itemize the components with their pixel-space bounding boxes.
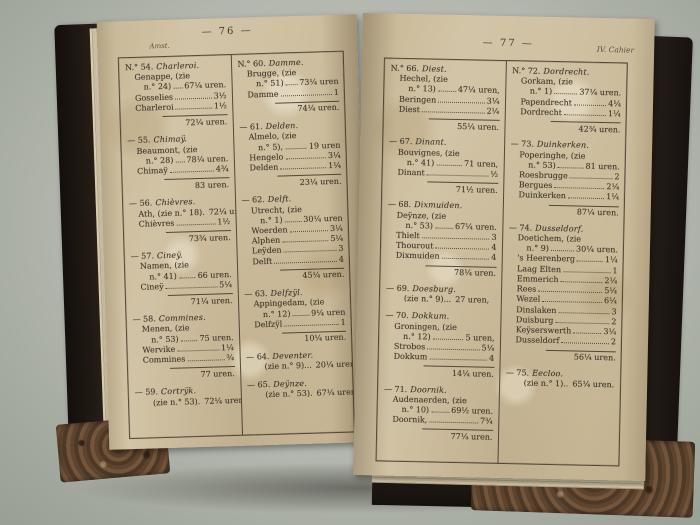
route-number: — 63. (244, 289, 268, 300)
route-row-value: 1 (340, 317, 345, 327)
route-row-value: 5 uren, (465, 333, 494, 344)
route-entry: N.° 72.Dordrecht.Gorkam, (zien.° 1)37¼ u… (511, 66, 622, 135)
route-row-label: n.° 12) (403, 332, 431, 343)
route-entry: — 64.Deventer.(zie n.° 9)...20¼ uren. (246, 350, 347, 373)
route-row: (zie n.° 9)...27 uren, (386, 294, 496, 307)
route-row-label: Diest (399, 105, 420, 116)
route-row-value: 5¼ (219, 280, 232, 291)
route-row-value: 4 (489, 354, 494, 364)
dotted-leader (570, 172, 613, 179)
route-row-label: n.° 41) (149, 271, 177, 282)
route-row-value: 2¼ (486, 107, 499, 118)
route-row-value: 71 uren, (464, 159, 498, 170)
route-total: 56¼ uren. (546, 349, 616, 363)
route-row-label: Doornik, (392, 415, 427, 426)
dotted-leader (282, 235, 328, 242)
route-destination: Doornik. (410, 385, 447, 396)
dotted-leader (427, 343, 479, 350)
route-row-label: Delft (252, 257, 272, 268)
route-number: — 71. (384, 384, 407, 395)
route-row-value: 7¾ (480, 417, 493, 428)
route-row-label: Bergues (519, 181, 553, 192)
signature-mark: Amst. (149, 42, 170, 51)
route-row-value: 5¼ (481, 344, 494, 355)
route-entry: — 58.Commines.Menen, (zien.° 53)75 uren.… (132, 312, 234, 381)
dotted-leader (558, 307, 609, 314)
table-frame-right: N.° 66.Diest.Hechel, (zien.° 13)47¼ uren… (375, 57, 627, 466)
route-row-value: 4¼ (608, 99, 621, 110)
route-row: Duinkerken1¼ (509, 191, 619, 204)
dotted-leader (438, 96, 485, 103)
route-row-value: 72¼ uren. (204, 395, 241, 406)
route-row-value: 27 uren, (455, 295, 489, 306)
dotted-leader (538, 286, 602, 293)
dotted-leader (442, 253, 490, 260)
route-number: — 68. (388, 200, 411, 211)
route-row-value: 67¼ uren. (455, 222, 497, 233)
route-row-value: 4 (491, 243, 496, 253)
dotted-leader (286, 80, 298, 86)
route-row-value: 1¼ (221, 343, 234, 354)
table-frame-left: N.° 54.Charleroi.Genappe, (zien.° 24)67¼… (118, 51, 355, 440)
route-total: 55¼ uren. (429, 119, 499, 133)
dotted-leader (285, 142, 307, 149)
route-row-value: ¾ (226, 353, 234, 363)
route-destination: Diest. (422, 64, 447, 75)
route-number: — 55. (127, 136, 151, 147)
photo-backdrop: Amst. — 76 — N.° 54.Charleroi.Genappe, (… (0, 0, 700, 525)
route-destination: Delft. (268, 195, 292, 206)
dotted-leader (176, 218, 215, 225)
route-total: 42¾ uren. (550, 121, 620, 135)
route-entry: — 75.Eecloo.(zie n.° 1)..65¼ uren. (506, 368, 616, 391)
dotted-leader (187, 354, 224, 361)
route-row-label: n.° 9) (526, 244, 549, 255)
route-row-value: ½ (490, 170, 498, 180)
route-total: 83 uren. (165, 177, 230, 191)
route-entry: — 74.Dusseldorf.Doetichem, (zien.° 9)30¼… (506, 223, 618, 363)
route-row-label: Hengelo (249, 152, 283, 163)
dotted-leader (284, 319, 339, 327)
route-row-label: Commines (143, 355, 186, 366)
route-destination: Eecloo. (532, 368, 563, 379)
route-row-label: Duinkerken (518, 191, 566, 202)
route-row-value: 81 uren. (585, 161, 619, 172)
book-page-right: — 77 — IV. Cahier N.° 66.Diest.Hechel, (… (353, 13, 655, 481)
dotted-leader (574, 99, 606, 106)
route-row-value: 47¼ uren, (458, 85, 500, 96)
route-row-value: 3¼ (330, 224, 343, 235)
route-total: 23¼ uren. (277, 174, 342, 188)
route-destination: Dinant. (415, 137, 446, 148)
route-row-label: (zie n.° 1).. (524, 378, 569, 389)
route-entry: — 71.Doornik.Audenaerden, (zien.° 10)69½… (383, 384, 494, 442)
route-row-label: Almelo, (zie (249, 131, 297, 143)
route-entry: — 69.Doesburg.(zie n.° 9)...27 uren, (386, 283, 496, 306)
route-row-label: Rees (517, 284, 537, 295)
route-number: — 59. (135, 388, 159, 399)
route-entry: — 57.Cineÿ.Namen, (zien.° 41)66 uren.Cin… (131, 249, 233, 308)
dotted-leader (555, 317, 609, 324)
dotted-leader (561, 338, 609, 345)
dotted-leader (170, 166, 214, 173)
route-row-value: 1 (612, 266, 617, 276)
route-row: Diest2¼ (390, 105, 500, 118)
route-column-left-2: N.° 60.Damme.Brugge, (zien.° 51)73¼ uren… (230, 52, 354, 435)
page-number-left: — 76 — (97, 22, 357, 41)
dotted-leader (422, 106, 485, 113)
route-total: 45¼ uren. (280, 268, 345, 282)
route-row: Dusseldorf2 (506, 335, 616, 348)
route-number: — 75. (506, 368, 529, 379)
route-row-value: 2¼ (606, 182, 619, 193)
route-row-label: n.° 41) (407, 158, 435, 169)
route-entry: — 65.Deÿnze.(zie n.° 53).67¼ uren. (247, 377, 348, 400)
route-entry: — 70.Dokkum.Groningen, (zien.° 12)5 uren… (384, 311, 495, 380)
route-row-label: Dixmuiden (396, 251, 440, 262)
dotted-leader (175, 92, 212, 99)
route-row-label: n.° 28) (146, 155, 174, 166)
route-row-label: n.° 53) (405, 221, 433, 232)
route-row-value: 20¼ uren. (316, 360, 354, 371)
route-row-label: Dordrecht (520, 107, 562, 118)
route-number: — 57. (131, 251, 155, 262)
dotted-leader (554, 182, 604, 189)
route-row-value: 1½ (214, 101, 227, 112)
dotted-leader (422, 232, 490, 239)
route-row-label: (zie n.° 53). (265, 388, 313, 400)
route-number: — 69. (386, 283, 409, 294)
route-row-label: Deÿnze, (zie (397, 210, 447, 221)
route-row-label: n.° 10) (401, 405, 429, 416)
route-row-label: n.° 12) (263, 309, 291, 320)
route-column-right-2: N.° 72.Dordrecht.Gorkam, (zien.° 1)37¼ u… (497, 61, 627, 465)
route-row: Cineÿ5¼ (131, 280, 232, 293)
route-row-value: 3 (491, 233, 496, 243)
route-row: Dixmuiden4 (387, 251, 497, 264)
dotted-leader (542, 296, 602, 303)
route-row-label: Charleroi (135, 103, 174, 114)
dotted-leader (285, 216, 302, 222)
route-row-label: (zie n.° 53). (153, 397, 201, 409)
route-number: — 62. (241, 195, 265, 206)
route-row-label: Dusseldorf (515, 336, 559, 347)
route-row-label: Damme (247, 89, 278, 100)
route-row-value: 67¼ uren. (316, 387, 354, 398)
route-row-label: Delfzÿl (254, 319, 282, 330)
route-row-value: 1¼ (328, 161, 341, 172)
dotted-leader (181, 335, 198, 341)
route-row-label: n.° 53) (528, 160, 556, 171)
route-row-label: Woerden (251, 225, 287, 236)
route-row-label: (zie n.° 9)... (404, 294, 451, 305)
route-row: Chièvres1½ (130, 217, 231, 230)
route-entry: — 62.Delft.Utrecht, (zien.° 1)30¼ urenWo… (241, 193, 344, 283)
route-entry: — 73.Duinkerken.Poperinghe, (zien.° 53)8… (509, 139, 620, 218)
route-number: — 70. (385, 311, 408, 322)
route-row-value: 1¼ (605, 256, 618, 267)
route-entry: — 55.Chimaÿ.Beaumont, (zien.° 28)78¼ ure… (127, 133, 229, 192)
dotted-leader (564, 109, 606, 116)
route-row: Chimaÿ4¾ (128, 164, 229, 177)
dotted-leader (551, 245, 574, 251)
route-row-value: 69½ uren. (451, 406, 493, 417)
route-row-value: 2 (614, 172, 619, 182)
route-row-value: 5¼ (330, 234, 343, 245)
route-row-label: Cineÿ (140, 282, 163, 293)
route-number: — 56. (129, 199, 153, 210)
dotted-leader (177, 344, 219, 351)
route-entry: — 56.Chièvres.Ath, (zie n.° 18).72¼ uren… (129, 196, 231, 245)
route-row-label: Delden (249, 163, 278, 174)
route-row-value: 3 (338, 244, 343, 254)
route-row-value: 2 (611, 338, 616, 348)
route-row-label: Chimaÿ (137, 166, 168, 177)
dotted-leader (175, 156, 184, 162)
route-row-value: 2 (611, 317, 616, 327)
dotted-leader (438, 86, 456, 92)
route-total: 71¼ uren. (168, 293, 233, 307)
route-number: — 73. (511, 139, 534, 150)
dotted-leader (429, 354, 487, 361)
dotted-leader (176, 103, 212, 110)
route-row-value: 3 (611, 307, 616, 317)
route-row: Commines¾ (134, 353, 235, 366)
route-entry: N.° 54.Charleroi.Genappe, (zien.° 24)67¼… (125, 60, 227, 129)
route-row-value: 6¼ (604, 297, 617, 308)
dotted-leader (280, 162, 326, 169)
dotted-leader (289, 225, 328, 232)
route-total: 77¼ uren. (422, 429, 492, 443)
route-number: — 58. (132, 314, 156, 325)
route-row-label: Namen, (zie (140, 261, 189, 273)
route-row-value: 5¼ (604, 286, 617, 297)
route-entry: — 68.Dixmuiden.Deÿnze, (zien.° 53)67¼ ur… (386, 200, 497, 279)
route-row: Charleroi1½ (126, 101, 227, 114)
route-row: Delft4 (243, 254, 344, 267)
route-total: 10¼ uren. (282, 331, 347, 345)
dotted-leader (436, 159, 462, 165)
route-destination: Commines. (159, 313, 206, 325)
route-row-value: 30¼ uren. (576, 245, 618, 256)
route-entry: — 63.Delfzÿl.Appingedam, (zien.° 12)9¼ u… (244, 287, 346, 346)
route-row: (zie n.° 1)..65¼ uren. (506, 378, 616, 391)
dotted-leader (433, 333, 464, 340)
route-row-label: Strobos (394, 342, 426, 353)
dotted-leader (563, 266, 611, 273)
dotted-leader (431, 407, 449, 413)
route-row: Dordrecht1¼ (511, 107, 621, 120)
route-destination: Damme. (269, 58, 304, 69)
route-row-value: 3¼ (487, 96, 500, 107)
route-total: 71½ uren. (428, 182, 498, 196)
route-total: 14¼ uren. (424, 366, 494, 380)
route-row: Dokkum4 (385, 352, 495, 365)
dotted-leader (166, 281, 218, 288)
route-column-right-1: N.° 66.Diest.Hechel, (zien.° 13)47¼ uren… (377, 58, 506, 462)
cahier-mark: IV. Cahier (597, 45, 634, 55)
route-total: 77 uren. (170, 366, 235, 380)
route-row-value: 1¼ (608, 109, 621, 120)
route-row-label: Wezel (516, 295, 540, 306)
dotted-leader (292, 309, 309, 315)
route-row-label: Chièvres (139, 219, 175, 230)
route-row-label: Dokkum (394, 352, 428, 363)
route-row-label: n.° 13) (408, 84, 436, 95)
route-total: 78¼ uren. (426, 265, 496, 279)
route-number: N.° 66. (391, 64, 420, 75)
book-page-left: Amst. — 76 — N.° 54.Charleroi.Genappe, (… (97, 14, 370, 450)
route-row-value: 65¼ uren. (572, 379, 614, 390)
route-row-value: 1 (334, 88, 339, 98)
dotted-leader (554, 89, 577, 95)
dotted-leader (435, 243, 489, 250)
route-total: 74¼ uren. (275, 101, 340, 115)
route-row-value: 37¼ uren. (579, 88, 621, 99)
route-destination: Charleroi. (156, 61, 199, 73)
route-number: N.° 72. (512, 66, 541, 77)
route-row: Delden1¼ (240, 161, 341, 174)
route-row-label: (zie n.° 9)... (264, 361, 312, 373)
dotted-leader (427, 169, 489, 176)
dotted-leader (284, 245, 337, 253)
route-row-value: 3¼ (603, 327, 616, 338)
route-entry: — 61.Delden.Almelo, (zien.° 5),19 urenHe… (239, 120, 341, 189)
route-row-label: Hechel, (zie (399, 74, 448, 85)
route-entry: — 67.Dinant.Bouvignes, (zien.° 41)71 ure… (388, 137, 499, 195)
route-row-value: 3½ (213, 91, 226, 102)
route-row-value: 1¼ (606, 193, 619, 204)
dotted-leader (558, 162, 584, 168)
route-total: 72¼ uren. (163, 114, 228, 128)
dotted-leader (285, 152, 326, 159)
route-row-label: Menen, (zie (142, 324, 190, 336)
route-number: — 67. (389, 137, 412, 148)
dotted-leader (573, 328, 601, 335)
dotted-leader (577, 256, 603, 262)
route-row-label: Thielt (396, 231, 420, 242)
route-column-left-1: N.° 54.Charleroi.Genappe, (zien.° 24)67¼… (119, 55, 242, 438)
route-row-value: 3¼ (328, 151, 341, 162)
route-row-label: Gorkam, (zie (521, 77, 573, 88)
dotted-leader (274, 256, 337, 264)
route-row-value: 4 (339, 254, 344, 264)
route-row-label: Dinant (397, 168, 424, 179)
dotted-leader (435, 222, 453, 228)
route-number: — 64. (246, 352, 270, 363)
route-row-label: n.° 51) (256, 79, 284, 90)
dotted-leader (173, 83, 182, 89)
route-number: — 65. (247, 379, 271, 390)
dotted-leader (280, 89, 331, 96)
route-entry: N.° 66.Diest.Hechel, (zien.° 13)47¼ uren… (389, 64, 500, 133)
route-row-value: 1½ (217, 217, 230, 228)
dotted-leader (179, 272, 196, 278)
route-row-label: n.° 1) (260, 215, 283, 226)
dotted-leader (429, 417, 478, 424)
route-row: Damme1 (238, 88, 339, 101)
dotted-leader (568, 193, 604, 200)
route-row: Delfzÿl1 (245, 317, 346, 330)
route-row-label: Brugge, (zie (247, 68, 297, 80)
route-row-value: 4 (491, 253, 496, 263)
route-entry: — 59.Cortrÿk.(zie n.° 53).72¼ uren. (135, 385, 236, 408)
route-number: — 74. (509, 223, 532, 234)
route-row-label: Leÿden (252, 246, 282, 257)
route-row-value: 2¼ (604, 276, 617, 287)
route-total: 87¼ uren. (549, 205, 619, 219)
route-entry: N.° 60.Damme.Brugge, (zien.° 51)73¼ uren… (237, 57, 339, 116)
dotted-leader (561, 276, 603, 283)
route-row-label: n.° 1) (530, 87, 553, 98)
route-number: — 61. (239, 122, 263, 133)
route-total: 73¾ uren. (166, 230, 231, 244)
route-row-value: 4¾ (216, 164, 229, 175)
